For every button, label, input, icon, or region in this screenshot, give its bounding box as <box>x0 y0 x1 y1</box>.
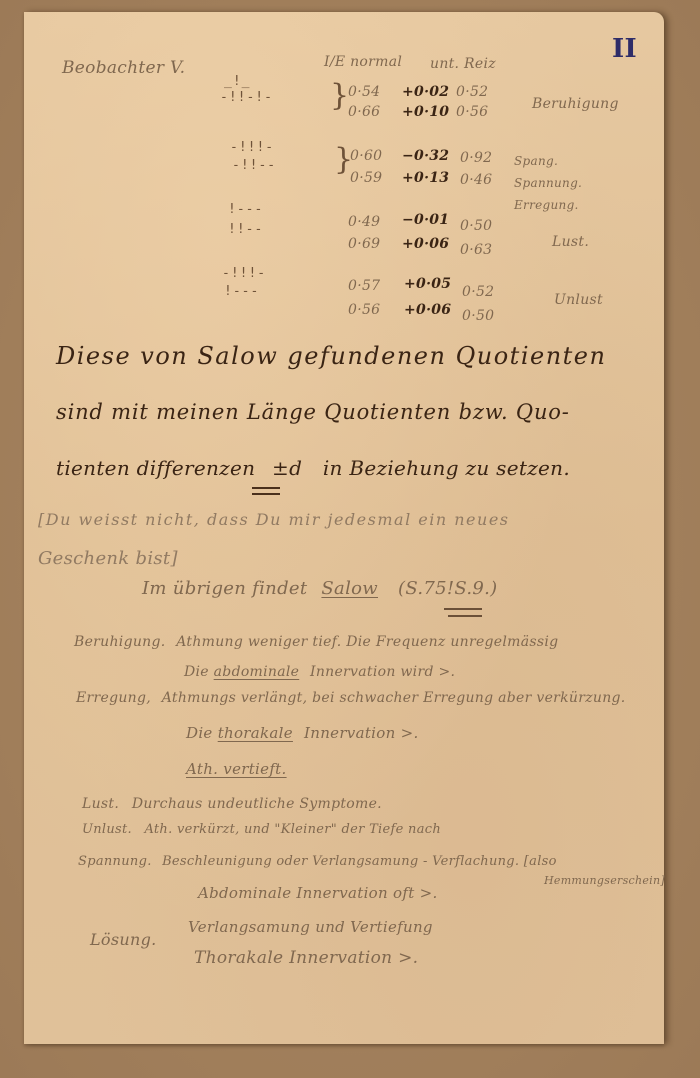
value-reiz: 0·50 <box>460 218 492 234</box>
entry-term: Unlust. <box>82 822 132 837</box>
double-underline <box>252 493 280 495</box>
value-diff: +0·02 <box>402 84 449 100</box>
entry-term: Beruhigung. <box>74 634 165 650</box>
rhythm-pattern: -!!!- <box>222 266 266 281</box>
value-normal: 0·54 <box>348 84 380 100</box>
rhythm-pattern: -!!-!- <box>220 90 273 105</box>
rhythm-pattern: _!_ <box>224 74 250 89</box>
entry-erregung-line3: Ath. vertieft. <box>186 760 287 778</box>
value-diff: +0·06 <box>404 302 451 318</box>
value-diff: +0·13 <box>402 170 449 186</box>
row-label: Beruhigung <box>532 96 619 112</box>
text-segment: in Beziehung zu setzen. <box>323 456 570 480</box>
entry-loesung-line1: Verlangsamung und Vertiefung <box>188 918 433 936</box>
underlined-term: abdominale <box>214 664 300 680</box>
entry-text: Athmungs verlängt, bei schwacher Erregun… <box>162 690 626 706</box>
main-text-line: tienten differenzen ±d in Beziehung zu s… <box>56 456 570 480</box>
entry-erregung: Erregung, Athmungs verlängt, bei schwach… <box>76 690 626 706</box>
bracket-note-line: Geschenk bist] <box>38 548 178 569</box>
value-normal: 0·59 <box>350 170 382 186</box>
entry-loesung-line2: Thorakale Innervation >. <box>194 948 418 968</box>
text-segment: Die <box>186 724 213 742</box>
value-diff: +0·06 <box>402 236 449 252</box>
double-underline <box>444 608 482 610</box>
column-header-quotient: I/E normal <box>324 54 402 70</box>
row-label: Lust. <box>552 234 589 250</box>
section-intro: Im übrigen findet Salow (S.75!S.9.) <box>142 578 498 599</box>
entry-spannung-line2: Abdominale Innervation oft >. <box>198 884 438 902</box>
entry-loesung-term: Lösung. <box>90 930 157 949</box>
entry-text: Athmung weniger tief. Die Frequenz unreg… <box>176 634 558 650</box>
double-underline <box>448 615 482 617</box>
entry-erregung-line2: Die thorakale Innervation >. <box>186 724 419 742</box>
value-reiz: 0·52 <box>462 284 494 300</box>
rhythm-pattern: !--- <box>228 202 263 217</box>
value-reiz: 0·50 <box>462 308 494 324</box>
value-reiz: 0·92 <box>460 150 492 166</box>
observer-label: Beobachter V. <box>62 58 185 78</box>
rhythm-pattern: -!!-- <box>232 158 276 173</box>
value-reiz: 0·46 <box>460 172 492 188</box>
text-segment: tienten differenzen <box>56 456 255 480</box>
bracket-note-line: [Du weisst nicht, dass Du mir jedesmal e… <box>38 510 510 529</box>
manuscript-page: II Beobachter V. I/E normal unt. Reiz _!… <box>24 12 664 1044</box>
entry-beruhigung-line2: Die abdominale Innervation wird >. <box>184 664 455 680</box>
value-diff: −0·01 <box>402 212 449 228</box>
value-normal: 0·56 <box>348 302 380 318</box>
column-header-reiz: unt. Reiz <box>430 56 496 72</box>
salow-name: Salow <box>321 578 378 599</box>
value-diff: +0·10 <box>402 104 449 120</box>
text-segment: Die <box>184 664 209 680</box>
value-normal: 0·57 <box>348 278 380 294</box>
value-normal: 0·66 <box>348 104 380 120</box>
text-segment: Innervation >. <box>304 724 419 742</box>
entry-text: Beschleunigung oder Verlangsamung - Verf… <box>162 854 557 869</box>
main-text-line: sind mit meinen Länge Quotienten bzw. Qu… <box>56 400 570 424</box>
main-text-line: Diese von Salow gefundenen Quotienten <box>56 342 606 370</box>
page-number: II <box>612 34 637 64</box>
entry-spannung-note: Hemmungserschein] <box>544 874 665 887</box>
text-segment: Innervation wird >. <box>310 664 455 680</box>
value-diff: +0·05 <box>404 276 451 292</box>
brace: } <box>330 78 349 113</box>
rhythm-pattern: !--- <box>224 284 259 299</box>
entry-text: Ath. verkürzt, und "Kleiner" der Tiefe n… <box>144 822 441 837</box>
row-label: Unlust <box>554 292 603 308</box>
entry-term: Lust. <box>82 796 119 812</box>
entry-text: Durchaus undeutliche Symptome. <box>132 796 382 812</box>
entry-beruhigung: Beruhigung. Athmung weniger tief. Die Fr… <box>74 634 558 650</box>
double-underline <box>252 487 280 489</box>
value-normal: 0·60 <box>350 148 382 164</box>
value-reiz: 0·63 <box>460 242 492 258</box>
entry-lust: Lust. Durchaus undeutliche Symptome. <box>82 796 382 812</box>
page-reference: (S.75!S.9.) <box>398 578 497 599</box>
entry-spannung: Spannung. Beschleunigung oder Verlangsam… <box>78 854 557 869</box>
entry-term: Erregung, <box>76 690 151 706</box>
text-segment: Im übrigen findet <box>142 578 307 599</box>
value-diff: −0·32 <box>402 148 449 164</box>
value-normal: 0·49 <box>348 214 380 230</box>
plus-minus-d-symbol: ±d <box>272 456 302 480</box>
entry-term: Spannung. <box>78 854 152 869</box>
row-label: Spang. Spannung. Erregung. <box>514 150 624 216</box>
value-normal: 0·69 <box>348 236 380 252</box>
rhythm-pattern: !!-- <box>228 222 263 237</box>
entry-unlust: Unlust. Ath. verkürzt, und "Kleiner" der… <box>82 822 441 837</box>
rhythm-pattern: -!!!- <box>230 140 274 155</box>
value-reiz: 0·52 <box>456 84 488 100</box>
underlined-term: thorakale <box>218 724 293 742</box>
value-reiz: 0·56 <box>456 104 488 120</box>
